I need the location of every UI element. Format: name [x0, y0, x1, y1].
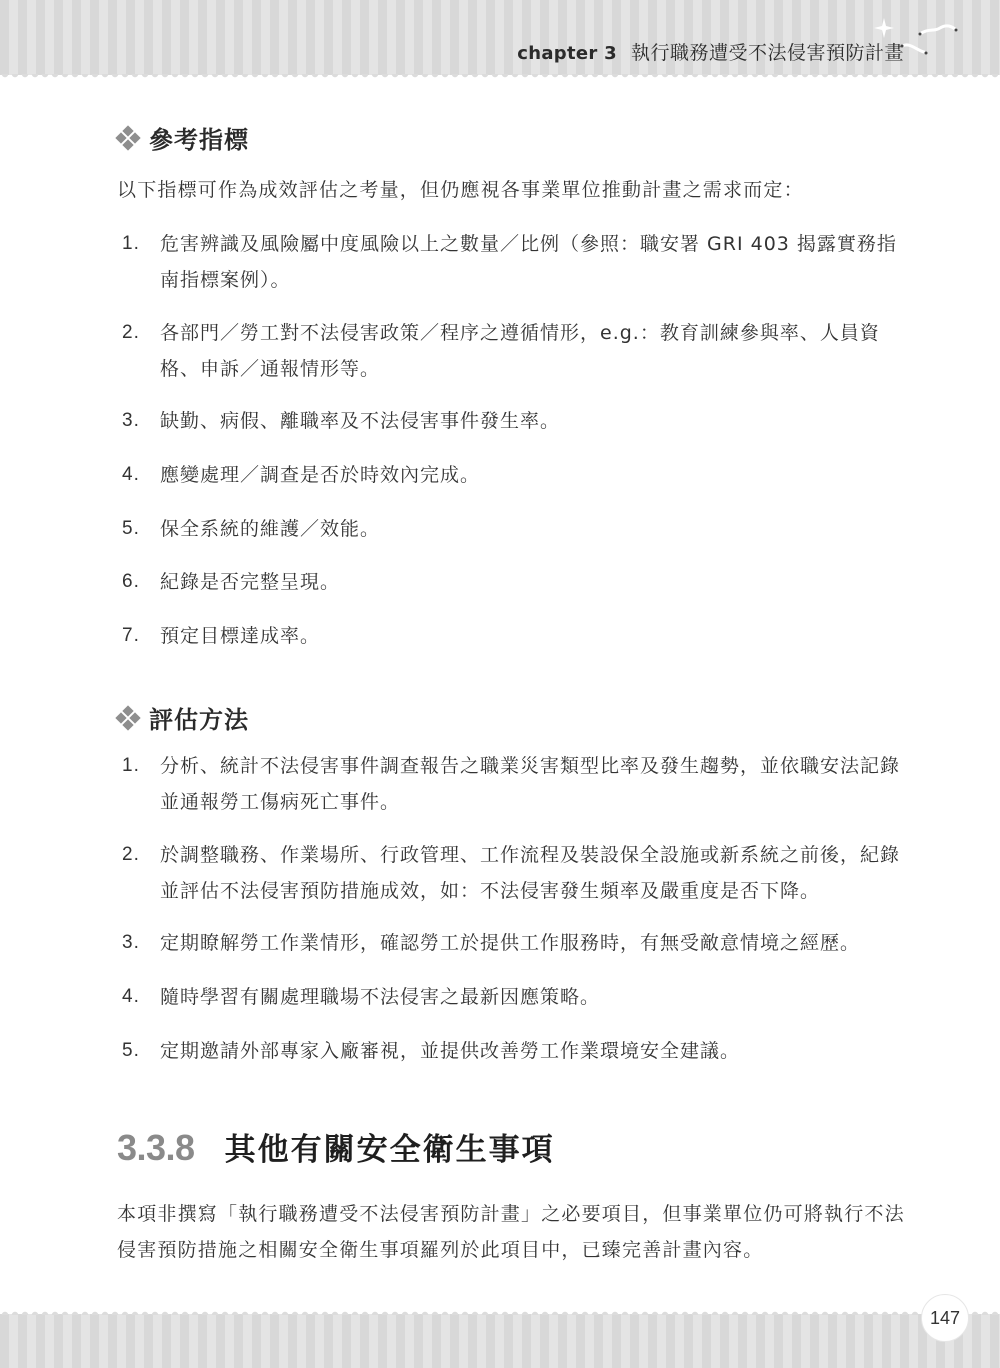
list-number: 5.	[122, 511, 160, 547]
diamond-bullet-icon	[117, 127, 139, 149]
subsection-body: 本項非撰寫「執行職務遭受不法侵害預防計畫」之必要項目，但事業單位仍可將執行不法侵…	[117, 1196, 907, 1268]
list-item: 5. 保全系統的維護／效能。	[122, 511, 912, 547]
section-heading-text: 參考指標	[149, 120, 249, 155]
list-text: 定期邀請外部專家入廠審視，並提供改善勞工作業環境安全建議。	[160, 1033, 912, 1069]
list-number: 3.	[122, 403, 160, 439]
list-text: 隨時學習有關處理職場不法侵害之最新因應策略。	[160, 979, 912, 1015]
list-text: 分析、統計不法侵害事件調查報告之職業災害類型比率及發生趨勢，並依職安法記錄並通報…	[160, 748, 912, 820]
list-number: 4.	[122, 457, 160, 493]
subsection-heading: 3.3.8 其他有關安全衛生事項	[117, 1124, 555, 1169]
list-text: 紀錄是否完整呈現。	[160, 564, 912, 600]
list-item: 4. 應變處理／調查是否於時效內完成。	[122, 457, 912, 493]
page-number: 147	[921, 1294, 969, 1342]
list-text: 各部門／勞工對不法侵害政策／程序之遵循情形，e.g.：教育訓練參與率、人員資格、…	[160, 315, 912, 387]
list-number: 7.	[122, 618, 160, 654]
list-item: 7. 預定目標達成率。	[122, 618, 912, 654]
subsection-number: 3.3.8	[117, 1127, 195, 1169]
list-number: 2.	[122, 315, 160, 387]
list-item: 4. 隨時學習有關處理職場不法侵害之最新因應策略。	[122, 979, 912, 1015]
chapter-label: chapter 3	[517, 43, 617, 64]
diamond-bullet-icon	[117, 707, 139, 729]
footer-band	[0, 1314, 1000, 1368]
section-heading-reference-indicators: 參考指標	[117, 120, 249, 155]
list-item: 6. 紀錄是否完整呈現。	[122, 564, 912, 600]
list-number: 4.	[122, 979, 160, 1015]
list-number: 1.	[122, 748, 160, 820]
list-text: 應變處理／調查是否於時效內完成。	[160, 457, 912, 493]
section-heading-text: 評估方法	[149, 700, 249, 735]
birds-sparkle-icon	[860, 14, 960, 64]
list-item: 3. 定期瞭解勞工作業情形，確認勞工於提供工作服務時，有無受敵意情境之經歷。	[122, 925, 912, 961]
section-heading-evaluation-methods: 評估方法	[117, 700, 249, 735]
list-item: 5. 定期邀請外部專家入廠審視，並提供改善勞工作業環境安全建議。	[122, 1033, 912, 1069]
list-number: 3.	[122, 925, 160, 961]
list-item: 2. 各部門／勞工對不法侵害政策／程序之遵循情形，e.g.：教育訓練參與率、人員…	[122, 315, 912, 387]
list-number: 6.	[122, 564, 160, 600]
list-text: 於調整職務、作業場所、行政管理、工作流程及裝設保全設施或新系統之前後，紀錄並評估…	[160, 837, 912, 909]
list-item: 1. 危害辨識及風險屬中度風險以上之數量／比例（參照：職安署 GRI 403 揭…	[122, 226, 912, 298]
list-number: 5.	[122, 1033, 160, 1069]
list-text: 定期瞭解勞工作業情形，確認勞工於提供工作服務時，有無受敵意情境之經歷。	[160, 925, 912, 961]
running-head: chapter 3 執行職務遭受不法侵害預防計畫	[517, 38, 904, 65]
subsection-title: 其他有關安全衛生事項	[225, 1124, 555, 1169]
intro-paragraph: 以下指標可作為成效評估之考量，但仍應視各事業單位推動計畫之需求而定：	[117, 172, 907, 208]
list-text: 缺勤、病假、離職率及不法侵害事件發生率。	[160, 403, 912, 439]
list-text: 危害辨識及風險屬中度風險以上之數量／比例（參照：職安署 GRI 403 揭露實務…	[160, 226, 912, 298]
list-item: 2. 於調整職務、作業場所、行政管理、工作流程及裝設保全設施或新系統之前後，紀錄…	[122, 837, 912, 909]
list-item: 3. 缺勤、病假、離職率及不法侵害事件發生率。	[122, 403, 912, 439]
list-number: 1.	[122, 226, 160, 298]
list-text: 預定目標達成率。	[160, 618, 912, 654]
list-item: 1. 分析、統計不法侵害事件調查報告之職業災害類型比率及發生趨勢，並依職安法記錄…	[122, 748, 912, 820]
list-text: 保全系統的維護／效能。	[160, 511, 912, 547]
list-number: 2.	[122, 837, 160, 909]
